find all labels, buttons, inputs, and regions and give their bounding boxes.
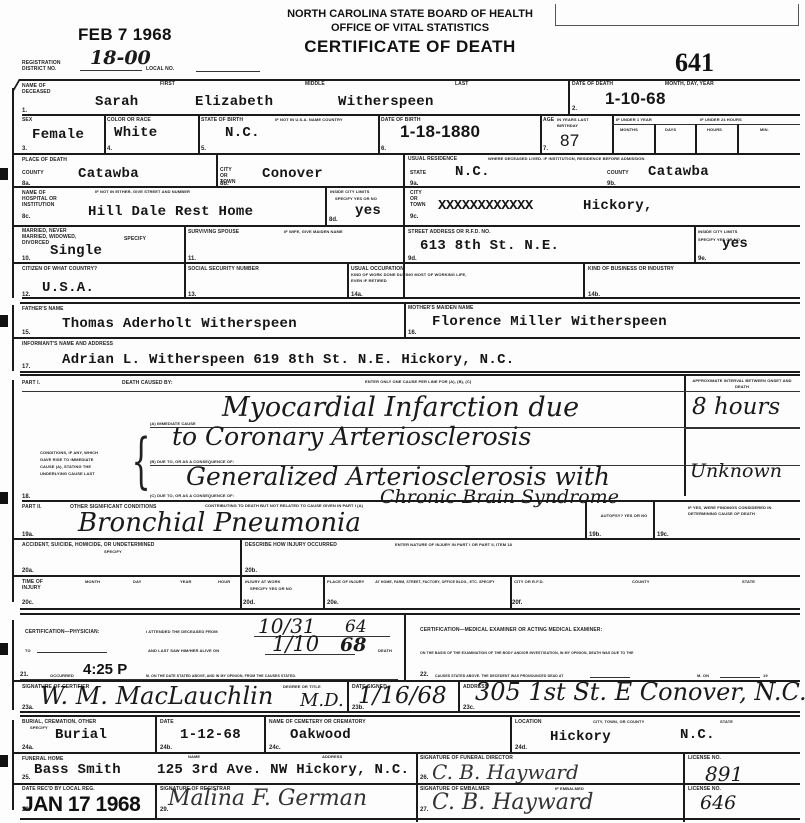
mother-name-value: Florence Miller Witherspeen	[432, 314, 667, 330]
rule	[20, 374, 800, 376]
residence-city-struck: XXXXXXXXXXXX	[438, 198, 533, 214]
state-of-birth-value: N.C.	[225, 125, 260, 141]
burial-date-value: 1-12-68	[180, 727, 241, 743]
year-label: YEAR	[180, 579, 192, 585]
rule	[378, 114, 380, 154]
sex-value: Female	[32, 127, 84, 143]
director-license-label: LICENSE NO.	[688, 755, 721, 761]
local-no-label: LOCAL NO.	[146, 66, 174, 72]
rule	[684, 374, 686, 496]
item-number: 24a.	[22, 745, 34, 751]
rule	[568, 79, 570, 115]
residence-city-value: Hickory,	[583, 198, 653, 214]
deceased-last-name: Witherspeen	[338, 94, 434, 110]
certifier-address-value: 305 1st St. E Conover, N.C.	[475, 678, 805, 706]
hour-label: HOUR	[218, 579, 230, 585]
margin-tab	[0, 492, 8, 504]
under-24-hours-label: IF UNDER 24 HOURS	[700, 117, 742, 123]
race-value: White	[114, 125, 158, 141]
surviving-spouse-note: IF WIFE, GIVE MAIDEN NAME	[284, 229, 343, 235]
marital-specify-label: SPECIFY	[124, 236, 146, 242]
funeral-director-signature: C. B. Hayward	[432, 760, 579, 784]
rule	[14, 538, 800, 540]
rule	[20, 818, 800, 820]
location-note: CITY, TOWN, OR COUNTY	[593, 719, 644, 725]
header-line-1: NORTH CAROLINA STATE BOARD OF HEALTH	[250, 8, 570, 20]
immediate-cause-interval: 8 hours	[692, 394, 780, 420]
rule	[155, 783, 157, 819]
margin-tab	[0, 643, 8, 655]
margin-tab	[0, 315, 8, 327]
date-of-birth-value: 1-18-1880	[400, 122, 480, 142]
item-number: 24d.	[515, 745, 527, 751]
date-received-stamp: JAN 17 1968	[22, 793, 140, 817]
item-number: 7.	[543, 146, 548, 152]
informant-value: Adrian L. Witherspeen 619 8th St. N.E. H…	[62, 352, 514, 368]
rule	[654, 124, 656, 154]
filed-date-stamp: FEB 7 1968	[78, 25, 172, 45]
rule	[14, 783, 800, 785]
location-state-label: STATE	[720, 719, 733, 725]
registration-district-label: REGISTRATION DISTRICT NO.	[22, 60, 70, 72]
registration-district-value: 18-00	[90, 47, 151, 69]
due-to-c-label: (c) DUE TO, OR AS A CONSEQUENCE OF:	[150, 493, 234, 499]
rule	[585, 500, 587, 538]
father-name-label: FATHER'S NAME	[22, 306, 64, 312]
rule	[403, 186, 800, 188]
describe-injury-note: ENTER NATURE OF INJURY IN PART I OR PART…	[395, 542, 512, 548]
item-number: 8d.	[329, 217, 338, 223]
top-right-box	[555, 4, 799, 26]
age-value: 87	[560, 131, 580, 151]
under-1-year-label: IF UNDER 1 YEAR	[616, 117, 652, 123]
date-signed-value: 1/16/68	[358, 683, 447, 709]
location-label: LOCATION	[515, 719, 542, 725]
rule	[683, 752, 685, 822]
item-number: 26.	[420, 775, 428, 781]
date-of-death-value: 1-10-68	[605, 89, 666, 109]
rule	[37, 652, 107, 653]
month-label: MONTH	[85, 579, 100, 585]
death-inside-limits-value: yes	[355, 203, 381, 219]
race-label: COLOR OR RACE	[107, 117, 151, 123]
min-label: MIN.	[760, 127, 769, 133]
residence-street-value: 613 8th St. N.E.	[420, 238, 559, 254]
rule	[240, 538, 242, 608]
item-number: 22.	[420, 672, 428, 678]
residence-city-label: CITY OR TOWN	[410, 190, 428, 208]
rule	[14, 262, 800, 264]
funeral-address-label: ADDRESS	[322, 754, 342, 760]
item-number: 8c.	[22, 214, 30, 220]
last-saw-label: AND LAST SAW HIM/HER ALIVE ON	[148, 648, 219, 654]
injury-at-work-note: SPECIFY YES OR NO	[250, 586, 292, 592]
county-label: COUNTY	[22, 170, 44, 176]
rule	[22, 297, 800, 299]
rule	[653, 500, 655, 538]
death-city-value: Conover	[262, 166, 323, 182]
item-number: 15.	[22, 330, 30, 336]
item-number: 5.	[201, 146, 206, 152]
father-name-value: Thomas Aderholt Witherspeen	[62, 316, 297, 332]
business-label: KIND OF BUSINESS OR INDUSTRY	[588, 266, 674, 272]
rule	[22, 114, 800, 116]
hospital-label: NAME OF HOSPITAL OR INSTITUTION	[22, 190, 66, 208]
last-label: LAST	[455, 81, 468, 87]
item-number: 16.	[408, 330, 416, 336]
inside-city-limits-label: INSIDE CITY LIMITS	[330, 189, 370, 195]
first-label: FIRST	[160, 81, 175, 87]
findings-label: IF YES, WERE FINDINGS CONSIDERED IN DETE…	[688, 505, 796, 517]
burial-date-label: DATE	[160, 719, 174, 725]
deceased-first-name: Sarah	[95, 94, 139, 110]
physician-certification-label: CERTIFICATION—PHYSICIAN:	[25, 629, 100, 635]
registrar-signature: Malina F. German	[168, 786, 367, 811]
rule	[684, 428, 800, 429]
rule	[155, 715, 157, 753]
hospital-note: IF NOT IN EITHER, GIVE STREET AND NUMBER	[95, 189, 190, 195]
embalmer-license-value: 646	[700, 792, 736, 814]
rule	[14, 186, 403, 188]
district-underline	[80, 70, 142, 71]
rule	[20, 711, 800, 713]
rule	[404, 613, 406, 680]
marital-status-value: Single	[50, 243, 102, 259]
part-2-label: PART II.	[22, 504, 42, 510]
immediate-cause-line-2: to Coronary Arteriosclerosis	[172, 422, 531, 451]
rule	[458, 680, 460, 712]
last-saw-year: 68	[340, 634, 366, 656]
usual-residence-note: WHERE DECEASED LIVED. IF INSTITUTION, RE…	[488, 156, 645, 162]
injury-county-label: COUNTY	[632, 579, 650, 585]
middle-label: MIDDLE	[305, 81, 325, 87]
manner-label: ACCIDENT, SUICIDE, HOMICIDE, OR UNDETERM…	[22, 542, 154, 548]
autopsy-label: AUTOPSY? YES OR NO	[600, 513, 648, 519]
embalmer-signature: C. B. Hayward	[432, 790, 593, 815]
surviving-spouse-label: SURVIVING SPOUSE	[188, 229, 239, 235]
funeral-name-label: NAME	[188, 754, 200, 760]
age-note: IN YEARS LAST BIRTHDAY	[557, 117, 607, 129]
rule	[325, 186, 327, 226]
rule	[20, 608, 800, 610]
months-label: MONTHS	[620, 127, 638, 133]
certificate-number: 641	[675, 48, 714, 78]
informant-label: INFORMANT'S NAME AND ADDRESS	[22, 341, 113, 347]
death-caused-by-label: DEATH CAUSED BY:	[122, 380, 173, 386]
street-address-label: STREET ADDRESS OR R.F.D. No.	[408, 229, 491, 235]
citizenship-label: CITIZEN OF WHAT COUNTRY?	[22, 266, 97, 272]
item-number: 20c.	[22, 600, 34, 606]
rule	[612, 114, 614, 154]
funeral-home-address: 125 3rd Ave. NW Hickory, N.C.	[157, 762, 409, 778]
rule	[14, 337, 800, 339]
bracket-glyph: {	[132, 426, 151, 496]
date-received-label: DATE REC'D BY LOCAL REG.	[22, 786, 95, 792]
rule	[404, 302, 406, 338]
conditions-note: CONDITIONS, IF ANY, WHICH GAVE RISE TO I…	[40, 449, 100, 477]
item-number: 28.	[22, 807, 30, 813]
location-city-value: Hickory	[550, 729, 611, 745]
state-of-birth-note: IF NOT IN U.S.A. NAME COUNTRY	[275, 117, 343, 123]
deceased-middle-name: Elizabeth	[195, 94, 273, 110]
place-of-injury-note: AT HOME, FARM, STREET, FACTORY, OFFICE B…	[370, 579, 500, 585]
item-number: 9c.	[410, 214, 418, 220]
frame-left	[12, 620, 14, 710]
interval-label: APPROXIMATE INTERVAL BETWEEN ONSET AND D…	[692, 378, 792, 390]
item-number: 20a.	[22, 568, 34, 574]
burial-type-value: Burial	[55, 727, 107, 743]
rule	[695, 124, 697, 154]
injury-state-label: STATE	[742, 579, 755, 585]
date-of-death-label: DATE OF DEATH	[572, 81, 613, 87]
margin-tab	[0, 755, 8, 767]
rule	[694, 225, 696, 263]
item-number: 27.	[420, 807, 428, 813]
margin-tab	[0, 168, 8, 180]
place-of-death-label: PLACE OF DEATH	[22, 157, 67, 163]
attended-from-label: I ATTENDED THE DECEASED FROM	[146, 629, 218, 635]
age-label: AGE	[543, 117, 554, 123]
document-title: CERTIFICATE OF DEATH	[250, 37, 570, 57]
manner-specify: SPECIFY	[104, 549, 122, 555]
burial-specify: SPECIFY	[30, 725, 48, 731]
due-to-b-interval: Unknown	[690, 460, 782, 482]
rule	[14, 575, 800, 577]
days-label: DAYS	[665, 127, 676, 133]
last-saw-value: 1/10	[272, 632, 319, 656]
rule	[416, 752, 418, 822]
item-number: 20e.	[327, 600, 339, 606]
cemetery-label: NAME OF CEMETERY OR CREMATORY	[269, 719, 366, 725]
citizenship-value: U.S.A.	[42, 280, 94, 296]
location-state-value: N.C.	[680, 727, 715, 743]
date-of-death-format: MONTH, DAY, YEAR	[665, 81, 714, 87]
item-number: 17.	[22, 364, 30, 370]
item-number: 2.	[572, 106, 577, 112]
occupation-note: KIND OF WORK DONE DURING MOST OF WORKING…	[351, 272, 471, 284]
rule	[104, 114, 106, 154]
cause-instruction: ENTER ONLY ONE CAUSE PER LINE FOR (a), (…	[365, 379, 471, 385]
residence-state-value: N.C.	[455, 164, 490, 180]
mother-maiden-name-label: MOTHER'S MAIDEN NAME	[408, 305, 473, 311]
rule	[20, 302, 800, 304]
item-number: 20f.	[512, 600, 522, 606]
certifier-signature: W. M. MacLauchlin	[40, 682, 273, 710]
residence-inside-limits-label: INSIDE CITY LIMITS	[698, 229, 738, 235]
rule	[264, 715, 266, 753]
usual-residence-label: USUAL RESIDENCE	[408, 156, 457, 162]
item-number: 20d.	[243, 600, 255, 606]
rule	[583, 262, 585, 298]
rule	[20, 371, 800, 373]
state-of-birth-label: STATE OF BIRTH	[201, 117, 243, 123]
immediate-cause-line-1: Myocardial Infarction due	[222, 392, 579, 423]
frame-left	[12, 88, 14, 298]
residence-county-value: Catawba	[648, 164, 709, 180]
rule	[347, 262, 349, 298]
rule	[216, 153, 218, 187]
medical-examiner-label: CERTIFICATION—MEDICAL EXAMINER OR ACTING…	[420, 627, 602, 633]
sex-label: SEX	[22, 117, 32, 123]
header-line-2: OFFICE OF VITAL STATISTICS	[250, 22, 570, 34]
residence-county-label: COUNTY	[607, 170, 629, 176]
hours-label: HOURS	[707, 127, 722, 133]
rule	[737, 124, 739, 154]
rule	[347, 680, 349, 712]
funeral-home-value: Bass Smith	[34, 762, 121, 778]
death-county-value: Catawba	[78, 166, 139, 182]
ssn-label: SOCIAL SECURITY NUMBER	[188, 266, 259, 272]
rule	[22, 500, 800, 502]
item-number: 20b.	[245, 568, 257, 574]
residence-inside-limits-value: yes	[722, 236, 748, 252]
other-conditions-value: Bronchial Pneumonia	[78, 508, 361, 538]
item-number: 3.	[22, 146, 27, 152]
injury-at-work-label: INJURY AT WORK	[245, 579, 281, 585]
describe-injury-label: DESCRIBE HOW INJURY OCCURRED	[245, 542, 337, 548]
to-label: TO	[25, 648, 31, 654]
name-of-deceased-label: NAME OF DECEASED	[22, 83, 62, 95]
rule	[540, 114, 542, 154]
item-number: 29.	[160, 807, 168, 813]
frame-left	[12, 380, 14, 602]
item-number: 21.	[20, 672, 28, 678]
rule	[14, 225, 800, 227]
rule	[510, 715, 512, 753]
local-no-underline	[196, 71, 260, 72]
rule	[20, 613, 800, 615]
inside-city-limits-note: SPECIFY YES OR NO	[335, 196, 377, 202]
rule	[612, 124, 800, 125]
item-number: 4.	[107, 146, 112, 152]
medical-examiner-text: ON THE BASIS OF THE EXAMINATION OF THE B…	[420, 650, 634, 656]
place-of-injury-label: PLACE OF INJURY	[327, 579, 364, 585]
frame-left	[12, 720, 14, 810]
rule	[20, 715, 800, 717]
rule	[323, 575, 325, 608]
injury-city-label: CITY OR R.F.D.	[514, 579, 544, 585]
residence-state-label: STATE	[410, 170, 426, 176]
occurred-time-value: 4:25 P	[83, 661, 127, 678]
death-label: DEATH	[378, 648, 392, 654]
item-number: 24c.	[269, 745, 281, 751]
item-number: 24b.	[160, 745, 172, 751]
rule	[198, 114, 200, 154]
rule	[14, 153, 800, 155]
cemetery-value: Oakwood	[290, 727, 351, 743]
time-of-injury-label: TIME OF INJURY	[22, 579, 50, 591]
item-number: 6.	[381, 146, 386, 152]
degree-value: M.D.	[300, 690, 344, 711]
due-to-c-value: Chronic Brain Syndrome	[380, 486, 619, 508]
part-1-label: PART I.	[22, 380, 40, 386]
item-number: 25.	[22, 775, 30, 781]
day-label: DAY	[133, 579, 141, 585]
hospital-value: Hill Dale Rest Home	[88, 204, 253, 220]
